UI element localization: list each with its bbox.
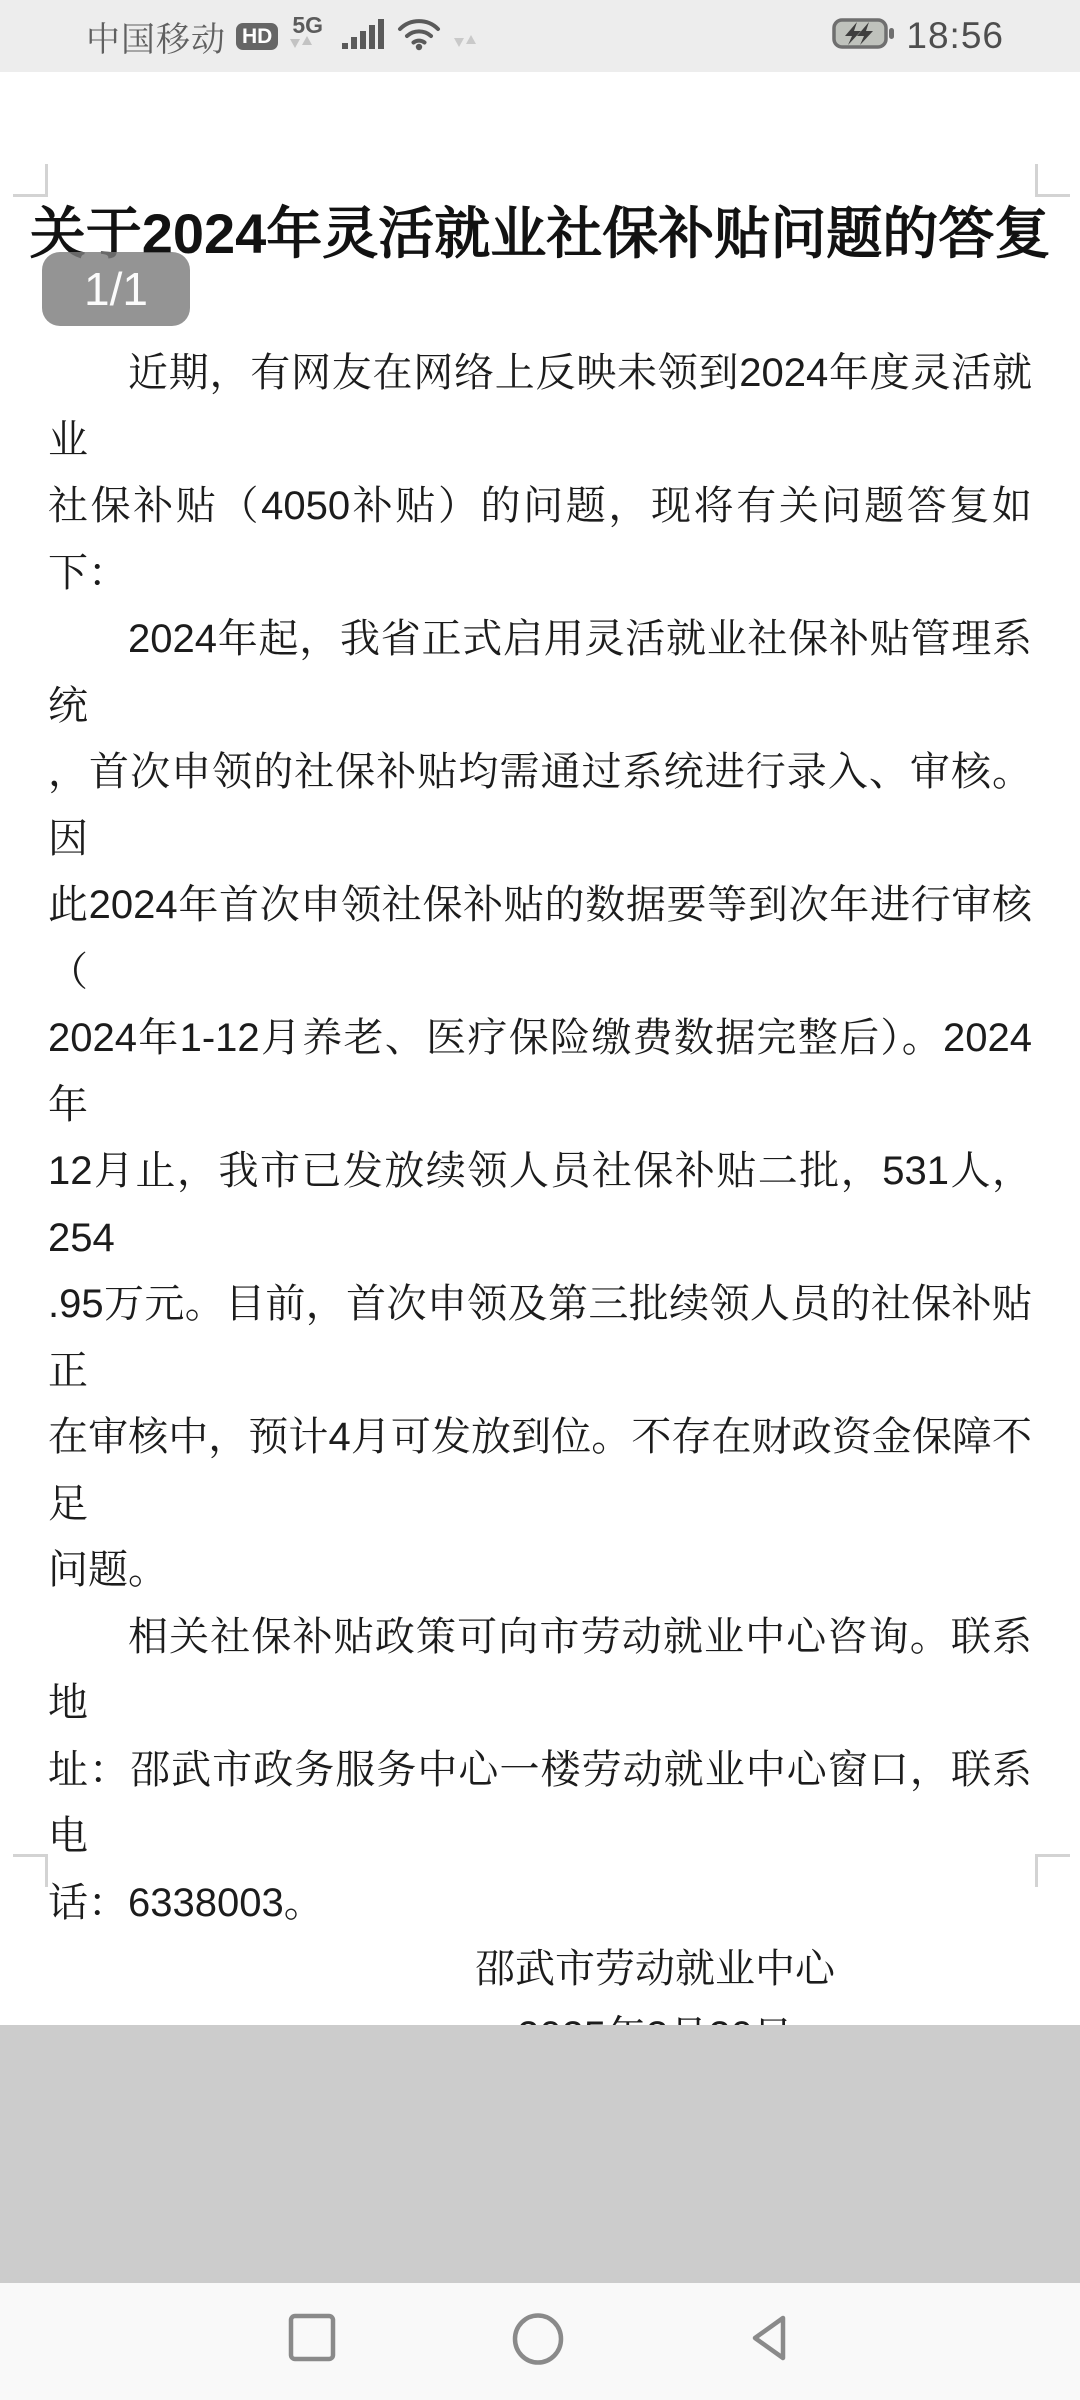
text-line: 2024年1-12月养老、医疗保险缴费数据完整后）。2024年: [48, 1005, 1032, 1138]
home-button[interactable]: [512, 2313, 564, 2365]
network-type: 5G: [288, 14, 332, 58]
text-line: 在审核中，预计4月可发放到位。不存在财政资金保障不足: [48, 1404, 1032, 1537]
text-line: 问题。: [48, 1537, 1032, 1604]
text-line: ，首次申领的社保补贴均需通过系统进行录入、审核。因: [48, 739, 1032, 872]
text-line: 话：6338003。: [48, 1870, 1032, 1937]
navigation-bar: [0, 2283, 1080, 2400]
recents-button[interactable]: [286, 2313, 338, 2365]
wifi-activity-arrows-icon: [452, 33, 478, 54]
hd-badge: HD: [236, 23, 278, 50]
network-activity-arrows-icon: [288, 34, 314, 55]
text-line: 12月止，我市已发放续领人员社保补贴二批，531人，254: [48, 1138, 1032, 1271]
text-line: 相关社保补贴政策可向市劳动就业中心咨询。联系地: [48, 1604, 1032, 1737]
battery-charging-icon: [832, 16, 896, 57]
carrier-label: 中国移动: [86, 12, 226, 61]
page-corner-mark: [13, 1854, 48, 1887]
status-bar: 中国移动 HD 5G: [0, 0, 1080, 72]
clock: 18:56: [906, 15, 1004, 57]
signal-strength-icon: [342, 19, 386, 54]
back-triangle-icon: [745, 2351, 795, 2366]
paragraph: 2024年起，我省正式启用灵活就业社保补贴管理系统，首次申领的社保补贴均需通过系…: [48, 606, 1032, 1604]
recents-square-icon: [287, 2351, 337, 2366]
text-line: .95万元。目前，首次申领及第三批续领人员的社保补贴正: [48, 1271, 1032, 1404]
paragraph: 相关社保补贴政策可向市劳动就业中心咨询。联系地址：邵武市政务服务中心一楼劳动就业…: [48, 1604, 1032, 1937]
phone-screen: 中国移动 HD 5G: [0, 0, 1080, 2400]
text-line: 社保补贴（4050补贴）的问题，现将有关问题答复如下：: [48, 473, 1032, 606]
bottom-gray-panel: [0, 2025, 1080, 2283]
text-line: 近期，有网友在网络上反映未领到2024年度灵活就业: [48, 340, 1032, 473]
status-bar-right: 18:56: [832, 15, 1004, 57]
home-circle-icon: [512, 2353, 564, 2368]
paragraphs-container: 近期，有网友在网络上反映未领到2024年度灵活就业社保补贴（4050补贴）的问题…: [48, 340, 1032, 1936]
page-corner-mark: [1035, 1854, 1070, 1887]
text-line: 址：邵武市政务服务中心一楼劳动就业中心窗口，联系电: [48, 1737, 1032, 1870]
wifi-icon: [396, 17, 442, 56]
back-button[interactable]: [744, 2313, 796, 2365]
text-line: 2024年起，我省正式启用灵活就业社保补贴管理系统: [48, 606, 1032, 739]
document-body[interactable]: 近期，有网友在网络上反映未领到2024年度灵活就业社保补贴（4050补贴）的问题…: [48, 340, 1032, 2069]
page-indicator-badge: 1/1: [42, 252, 190, 326]
signature: 邵武市劳动就业中心: [278, 1936, 1032, 2003]
paragraph: 近期，有网友在网络上反映未领到2024年度灵活就业社保补贴（4050补贴）的问题…: [48, 340, 1032, 606]
status-bar-left: 中国移动 HD 5G: [86, 12, 478, 61]
text-line: 此2024年首次申领社保补贴的数据要等到次年进行审核（: [48, 872, 1032, 1005]
